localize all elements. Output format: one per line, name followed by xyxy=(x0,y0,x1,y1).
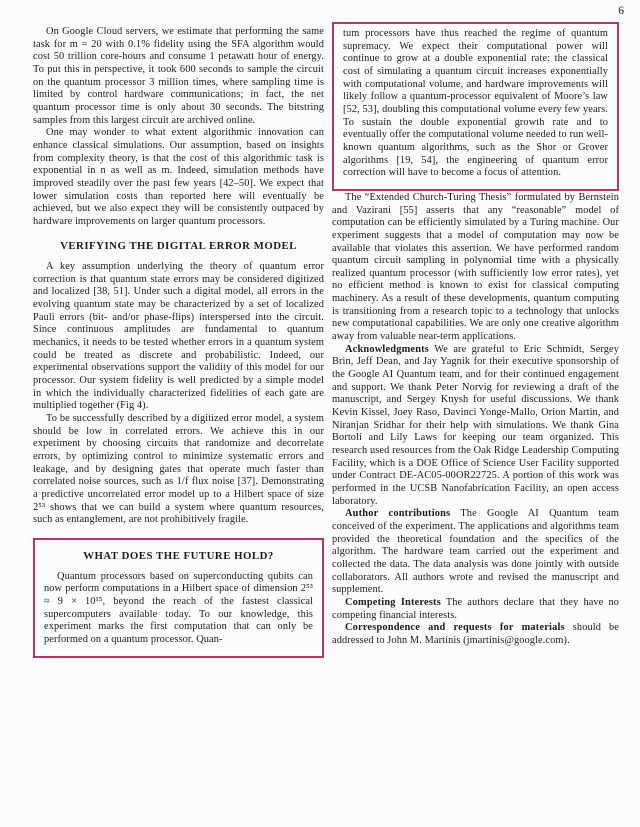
competing-interests-lead: Competing Interests xyxy=(345,597,441,608)
paragraph-correspondence: Correspondence and requests for material… xyxy=(332,622,619,647)
author-contributions-text: The Google AI Quantum team conceived of … xyxy=(332,508,619,595)
page-number: 6 xyxy=(618,5,624,17)
paragraph-competing-interests: Competing Interests The authors declare … xyxy=(332,597,619,622)
section-heading-error-model: VERIFYING THE DIGITAL ERROR MODEL xyxy=(33,240,324,253)
left-column: On Google Cloud servers, we estimate tha… xyxy=(33,26,324,658)
paragraph-acknowledgments: Acknowledgments We are grateful to Eric … xyxy=(332,344,619,509)
paragraph-key-assumption: A key assumption underlying the theory o… xyxy=(33,261,324,413)
highlight-box-supremacy: tum processors have thus reached the reg… xyxy=(332,22,619,191)
paragraph-algorithmic-innovation: One may wonder to what extent algorithmi… xyxy=(33,127,324,228)
correspondence-lead: Correspondence and requests for material… xyxy=(345,622,565,633)
highlight-box-future: WHAT DOES THE FUTURE HOLD? Quantum proce… xyxy=(33,538,324,658)
author-contributions-lead: Author contributions xyxy=(345,508,450,519)
paragraph-future-hold: Quantum processors based on superconduct… xyxy=(44,571,313,647)
right-column: tum processors have thus reached the reg… xyxy=(332,16,619,648)
paragraph-author-contributions: Author contributions The Google AI Quant… xyxy=(332,508,619,597)
paragraph-church-turing: The “Extended Church-Turing Thesis” form… xyxy=(332,192,619,344)
paper-page: 6 On Google Cloud servers, we estimate t… xyxy=(0,0,640,827)
acknowledgments-lead: Acknowledgments xyxy=(345,344,429,355)
paragraph-quantum-supremacy: tum processors have thus reached the reg… xyxy=(343,28,608,180)
paragraph-digitized-model: To be successfully described by a digiti… xyxy=(33,413,324,527)
section-heading-future: WHAT DOES THE FUTURE HOLD? xyxy=(44,550,313,563)
paragraph-cloud-cost: On Google Cloud servers, we estimate tha… xyxy=(33,26,324,127)
acknowledgments-text: We are grateful to Eric Schmidt, Sergey … xyxy=(332,344,619,507)
